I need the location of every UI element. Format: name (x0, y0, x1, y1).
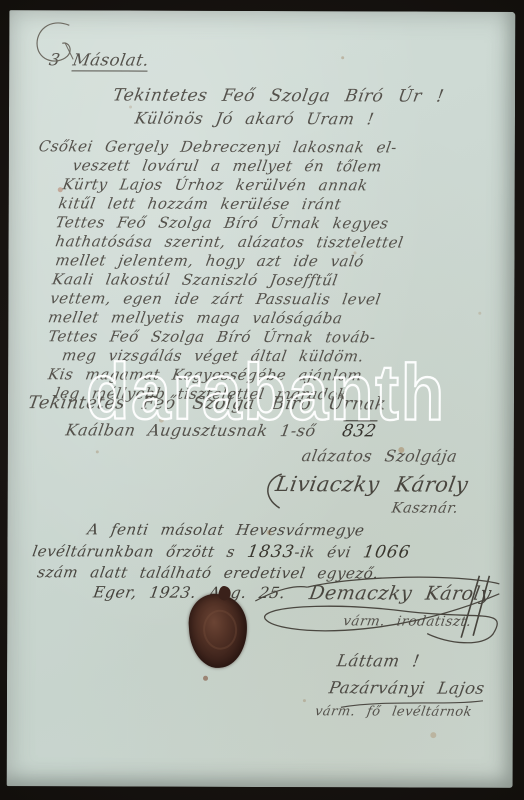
paper-foxing-speckles (9, 10, 12, 13)
body-line: veszett lovárul a mellyet én tőlem (71, 157, 383, 175)
salutation-line-1: Tekintetes Feő Szolga Bíró Úr ! (112, 86, 446, 106)
archivist-signature-flourish (337, 697, 487, 712)
body-line: mellet mellyetis maga valóságába (47, 309, 344, 327)
archive-year: 1833 (246, 542, 297, 562)
body-line: Kürty Lajos Úrhoz kerülvén annak (61, 176, 369, 194)
body-line: Csőkei Gergely Debreczenyi lakosnak el- (38, 138, 399, 156)
body-line: Kis magamat Kegyességébe ajánlom (47, 366, 364, 384)
archivist-signature: Pazárványi Lajos (328, 679, 486, 698)
manuscript-paper: 3 Másolat. Tekintetes Feő Szolga Bíró Úr… (7, 10, 516, 788)
certification-line-2-mid: -ik évi (293, 543, 365, 561)
seen-note: Láttam ! (336, 652, 421, 670)
dateline-place: Kaálban Augusztusnak 1-ső (64, 420, 317, 440)
body-line: vettem, egen ide zárt Passualis level (49, 290, 382, 308)
clerk-signature-flourish (247, 571, 515, 654)
closing-address-line: Tekintetes Feő Szolga Bíró Úrnak (26, 394, 387, 414)
signature-flourish (260, 471, 286, 511)
certification-line-2: levéltárunkban őrzött s 1833-ik évi 1066 (31, 542, 412, 562)
pencil-flourish-icon (29, 15, 91, 73)
salutation-line-2: Különös Jó akaró Uram ! (134, 110, 376, 128)
certification-line-1: A fenti másolat Hevesvármegye (86, 521, 366, 538)
steward-title: Kasznár. (390, 501, 459, 517)
closing-phrase: alázatos Szolgája (300, 447, 458, 465)
certification-line-2-text: levéltárunkban őrzött s (31, 542, 249, 561)
archive-number: 1066 (362, 542, 413, 562)
body-line: kitűl lett hozzám kerülése iránt (57, 195, 342, 212)
body-line: Kaali lakostúl Szaniszló Josefftűl (51, 271, 339, 288)
body-line: Tettes Feő Szolga Bíró Úrnak továb- (47, 328, 377, 346)
dateline-year: 832 (341, 420, 378, 441)
wax-seal (187, 592, 250, 670)
body-line: hathatósása szerint, alázatos tisztelett… (54, 233, 404, 251)
body-line: Tettes Feő Szolga Bíró Úrnak kegyes (54, 214, 390, 232)
body-line: meg vizsgálás véget által küldöm. (61, 347, 365, 365)
dateline: Kaálban Augusztusnak 1-ső 832 (64, 419, 378, 441)
steward-signature: Liviaczky Károly (274, 473, 470, 497)
body-line: mellet jelentem, hogy azt ide való (54, 252, 365, 270)
